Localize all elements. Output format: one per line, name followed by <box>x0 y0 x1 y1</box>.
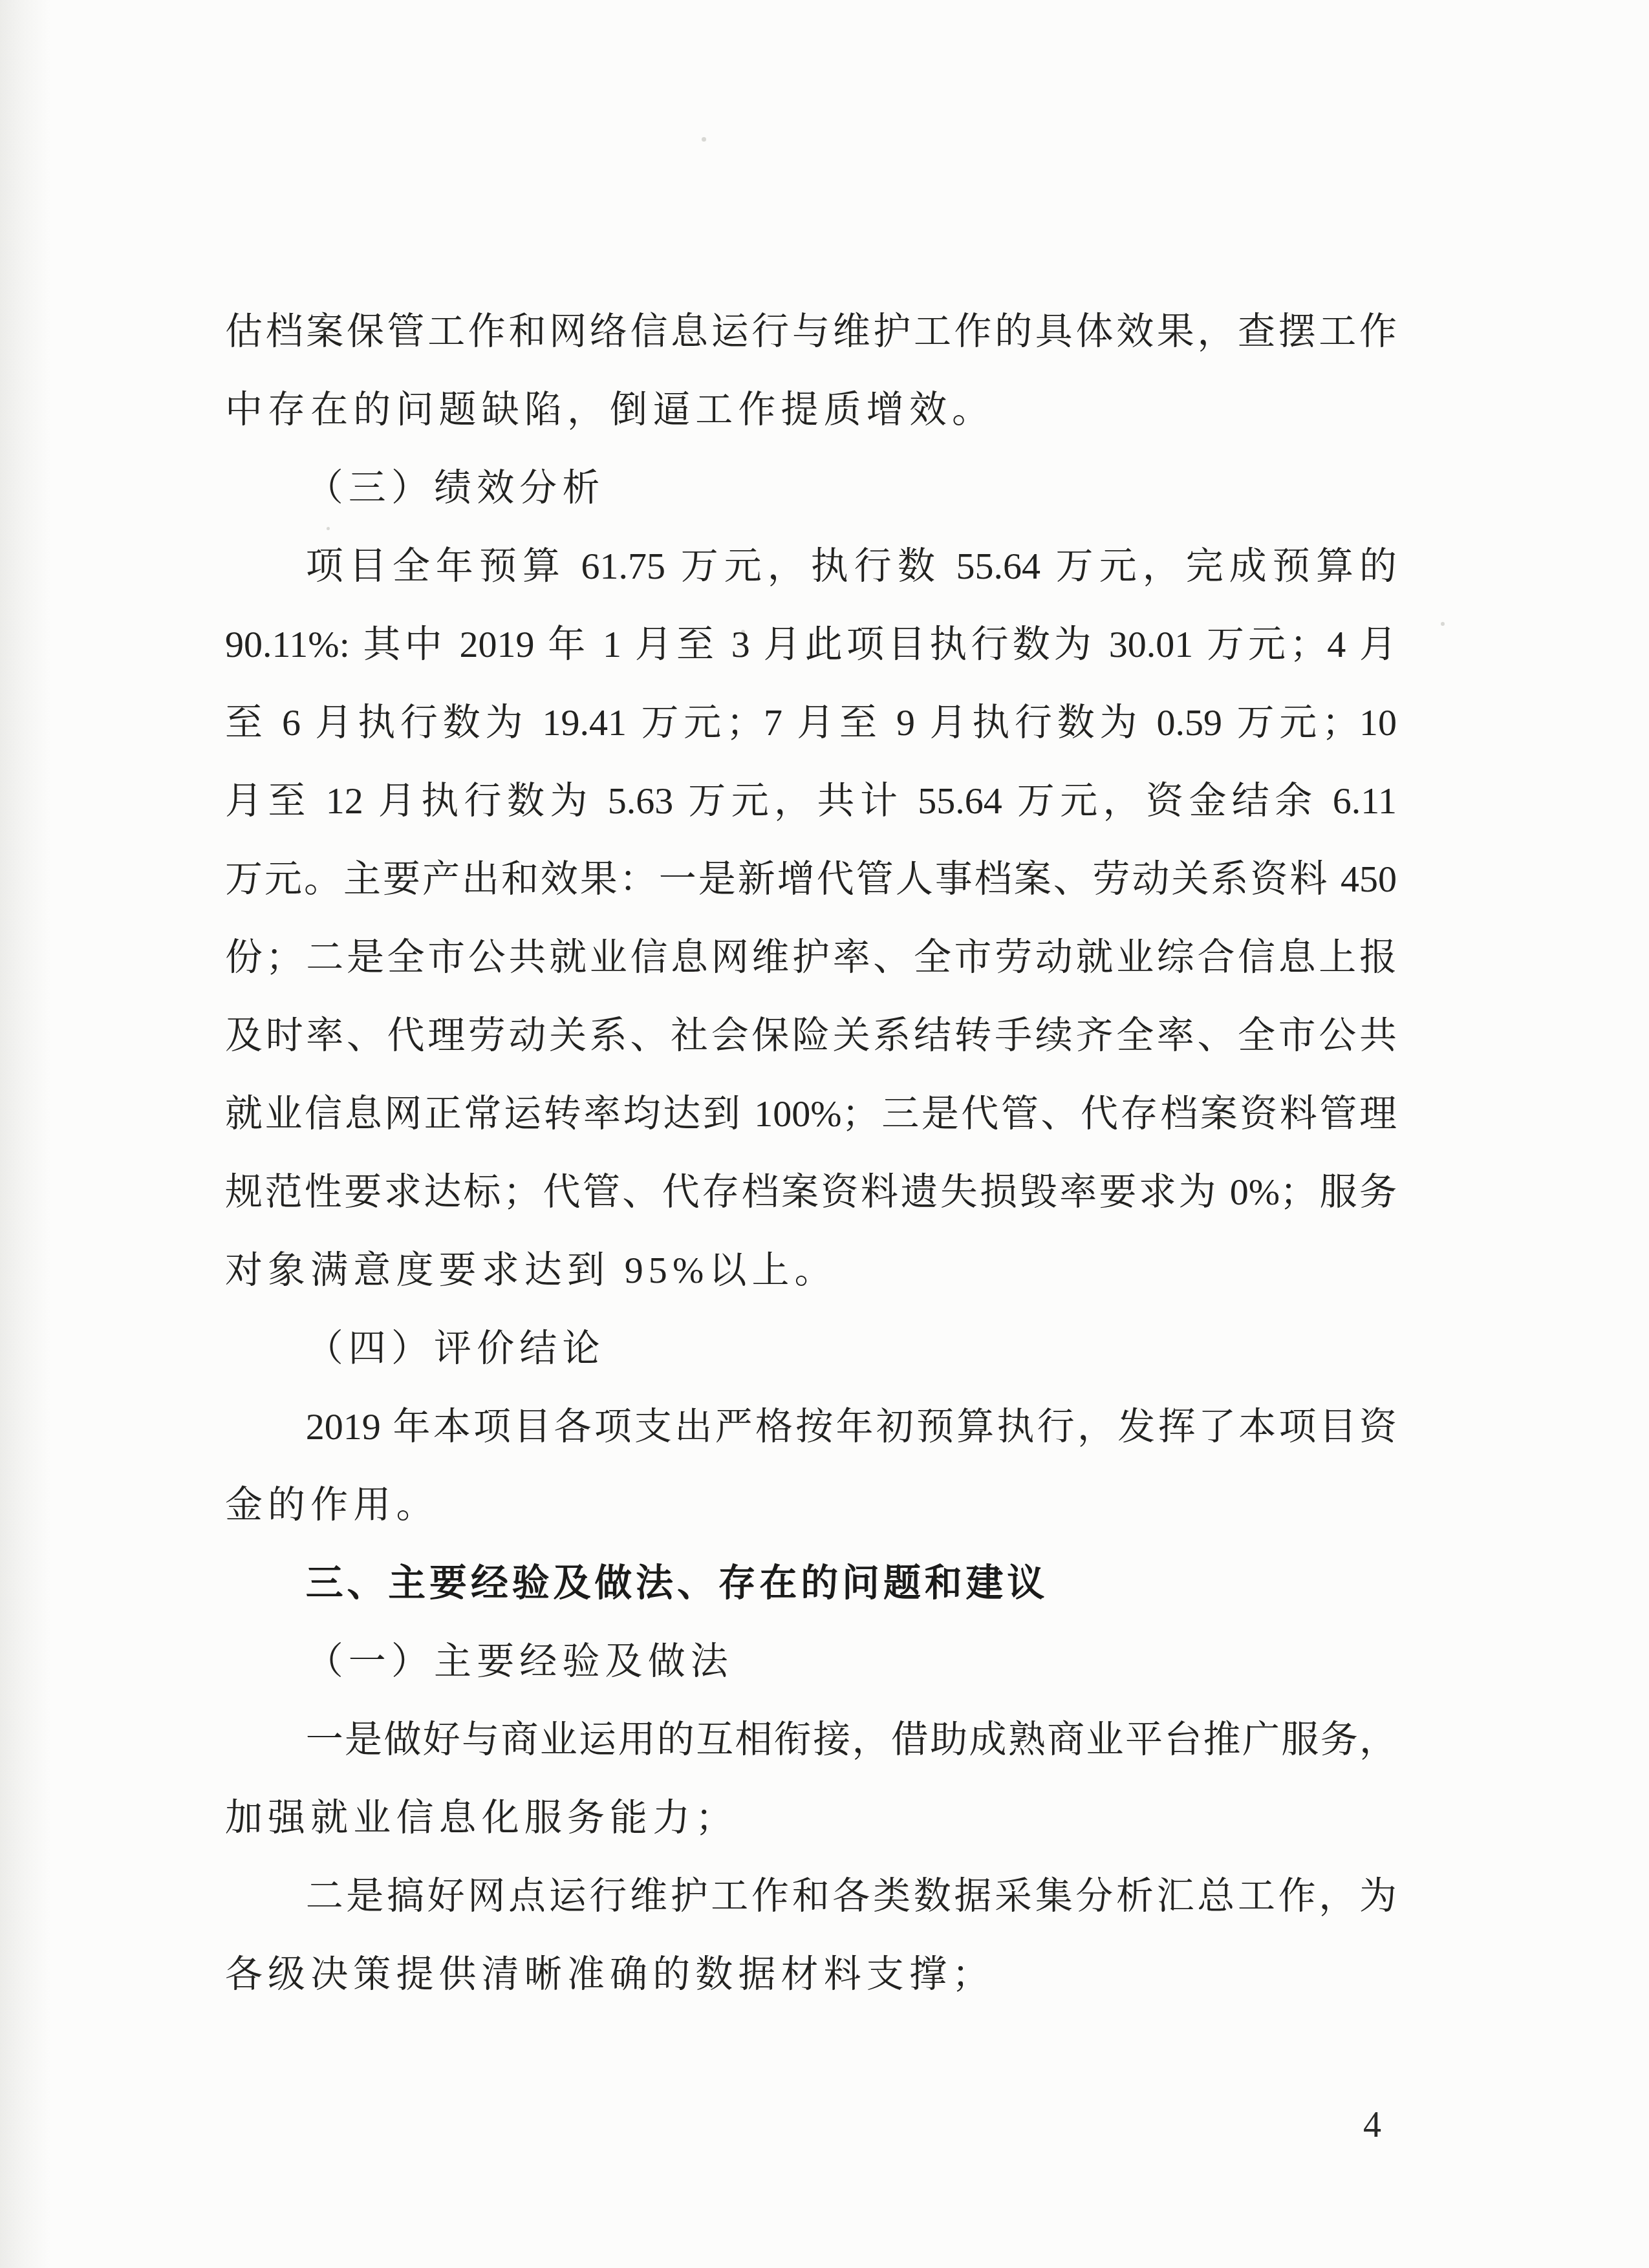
text-line: （四）评价结论 <box>225 1309 1397 1387</box>
text-line: 估档案保管工作和网络信息运行与维护工作的具体效果，查摆工作 <box>225 292 1397 370</box>
text-line: 对象满意度要求达到 95%以上。 <box>225 1231 1397 1309</box>
text-line: （三）绩效分析 <box>225 449 1397 527</box>
section-heading-line: 三、主要经验及做法、存在的问题和建议 <box>225 1544 1397 1622</box>
scan-speck <box>702 137 706 142</box>
text-line: 二是搞好网点运行维护工作和各类数据采集分析汇总工作，为 <box>225 1857 1397 1935</box>
text-line: 一是做好与商业运用的互相衔接，借助成熟商业平台推广服务， <box>225 1700 1397 1779</box>
text-line: 加强就业信息化服务能力； <box>225 1779 1397 1857</box>
text-line: 90.11%: 其中 2019 年 1 月至 3 月此项目执行数为 30.01 … <box>225 605 1397 683</box>
text-line: 中存在的问题缺陷，倒逼工作提质增效。 <box>225 370 1397 449</box>
text-line: 金的作用。 <box>225 1466 1397 1544</box>
scan-edge-shadow <box>0 0 50 2268</box>
text-line: 万元。主要产出和效果：一是新增代管人事档案、劳动关系资料 450 <box>225 840 1397 918</box>
text-line: 月至 12 月执行数为 5.63 万元，共计 55.64 万元，资金结余 6.1… <box>225 762 1397 840</box>
text-line: 项目全年预算 61.75 万元，执行数 55.64 万元，完成预算的 <box>225 527 1397 605</box>
text-line: （一）主要经验及做法 <box>225 1622 1397 1700</box>
text-line: 规范性要求达标；代管、代存档案资料遗失损毁率要求为 0%；服务 <box>225 1153 1397 1231</box>
text-block: 估档案保管工作和网络信息运行与维护工作的具体效果，查摆工作中存在的问题缺陷，倒逼… <box>225 292 1397 2013</box>
text-line: 就业信息网正常运转率均达到 100%；三是代管、代存档案资料管理 <box>225 1075 1397 1153</box>
text-line: 及时率、代理劳动关系、社会保险关系结转手续齐全率、全市公共 <box>225 996 1397 1075</box>
text-line: 各级决策提供清晰准确的数据材料支撑； <box>225 1935 1397 2013</box>
page-number: 4 <box>1363 2102 1381 2148</box>
text-line: 份；二是全市公共就业信息网维护率、全市劳动就业综合信息上报 <box>225 918 1397 996</box>
scan-speck <box>1441 622 1445 626</box>
scanned-document-page: 估档案保管工作和网络信息运行与维护工作的具体效果，查摆工作中存在的问题缺陷，倒逼… <box>0 0 1649 2268</box>
text-line: 至 6 月执行数为 19.41 万元；7 月至 9 月执行数为 0.59 万元；… <box>225 683 1397 762</box>
text-line: 2019 年本项目各项支出严格按年初预算执行，发挥了本项目资 <box>225 1387 1397 1466</box>
